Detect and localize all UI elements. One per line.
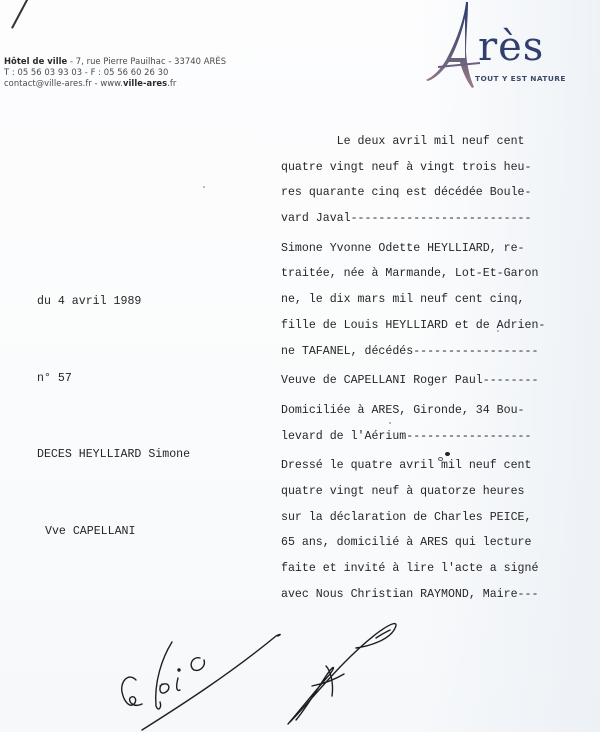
- street-address: - 7, rue Pierre Pauilhac - 33740 ARÈS: [67, 56, 226, 66]
- ares-logo: rès TOUT Y EST NATURE: [420, 0, 600, 96]
- declarant-signature-icon: [122, 635, 280, 731]
- widow-of: Vve CAPELLANI: [37, 519, 190, 545]
- ink-mark: [438, 457, 443, 461]
- address-line-3: contact@ville-ares.fr - www.ville-ares.f…: [4, 78, 226, 89]
- town-hall-name: Hôtel de ville: [4, 56, 67, 66]
- act-paragraph: Veuve de CAPELLANI Roger Paul--------: [281, 368, 545, 394]
- act-paragraph: Dressé le quatre avril mil neuf centquat…: [281, 453, 545, 607]
- website-tld: .fr: [167, 78, 176, 88]
- act-line: fille de Louis HEYLLIARD et de Adrien-: [281, 313, 545, 339]
- address-line-1: Hôtel de ville - 7, rue Pierre Pauilhac …: [4, 56, 226, 67]
- signatures-area: [0, 600, 600, 732]
- paper-speck: [203, 186, 205, 188]
- margin-notes: du 4 avril 1989 n° 57 DECES HEYLLIARD Si…: [37, 238, 190, 570]
- act-line: Veuve de CAPELLANI Roger Paul--------: [281, 368, 545, 394]
- mayor-signature-icon: [288, 624, 396, 724]
- act-number: n° 57: [37, 366, 190, 392]
- act-paragraph: Le deux avril mil neuf centquatre vingt …: [281, 129, 545, 232]
- ink-mark: [445, 452, 450, 456]
- death-certificate-text: Le deux avril mil neuf centquatre vingt …: [281, 129, 545, 607]
- act-line: quatre vingt neuf à quatorze heures: [281, 479, 545, 505]
- act-line: Dressé le quatre avril mil neuf cent: [281, 453, 545, 479]
- act-line: quatre vingt neuf à vingt trois heu-: [281, 155, 545, 181]
- act-line: ne, le dix mars mil neuf cent cinq,: [281, 287, 545, 313]
- act-line: 65 ans, domicilié à ARES qui lecture: [281, 530, 545, 556]
- act-paragraph: Simone Yvonne Odette HEYLLIARD, re-trait…: [281, 236, 545, 364]
- website-domain[interactable]: ville-ares: [123, 78, 167, 88]
- contact-email[interactable]: contact@ville-ares.fr: [4, 78, 92, 88]
- act-line: sur la déclaration de Charles PEICE,: [281, 505, 545, 531]
- act-line: Simone Yvonne Odette HEYLLIARD, re-: [281, 236, 545, 262]
- act-line: traitée, née à Marmande, Lot-Et-Garon: [281, 261, 545, 287]
- act-line: Domiciliée à ARES, Gironde, 34 Bou-: [281, 398, 545, 424]
- svg-text:rès: rès: [478, 24, 544, 70]
- website-prefix: - www.: [92, 78, 123, 88]
- logo-tagline: TOUT Y EST NATURE: [475, 74, 566, 83]
- act-date: du 4 avril 1989: [37, 289, 190, 315]
- paper-speck: [389, 422, 391, 424]
- act-line: Le deux avril mil neuf cent: [281, 129, 545, 155]
- act-line: faite et invité à lire l'acte a signé: [281, 556, 545, 582]
- act-subject: DECES HEYLLIARD Simone: [37, 442, 190, 468]
- act-paragraph: Domiciliée à ARES, Gironde, 34 Bou-levar…: [281, 398, 545, 449]
- letterhead-address: Hôtel de ville - 7, rue Pierre Pauilhac …: [4, 56, 226, 89]
- act-line: levard de l'Aérium------------------: [281, 424, 545, 450]
- paper-speck: [497, 330, 499, 332]
- act-line: vard Javal--------------------------: [281, 206, 545, 232]
- address-line-2: T : 05 56 03 93 03 - F : 05 56 60 26 30: [4, 67, 226, 78]
- act-line: ne TAFANEL, décédés------------------: [281, 339, 545, 365]
- act-line: res quarante cinq est décédée Boule-: [281, 180, 545, 206]
